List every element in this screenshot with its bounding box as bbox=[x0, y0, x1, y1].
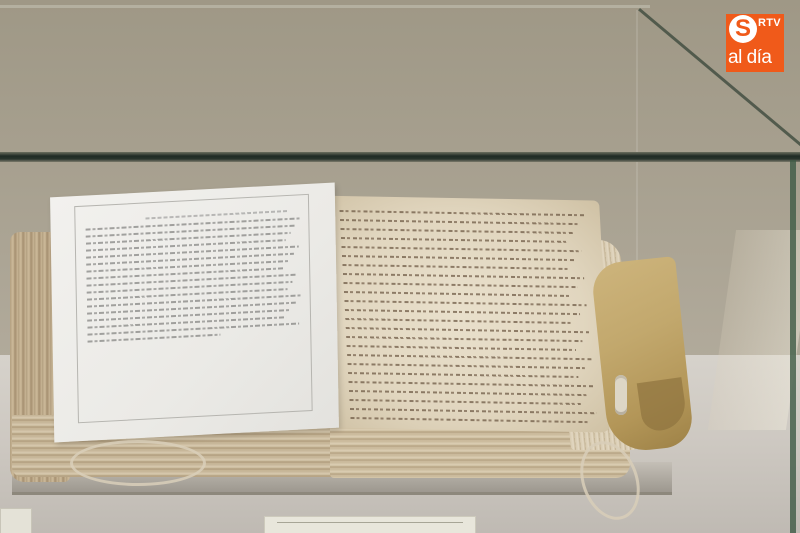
handwritten-line bbox=[343, 273, 584, 279]
handwritten-line bbox=[340, 219, 579, 225]
handwritten-line bbox=[350, 417, 589, 423]
printed-text-line bbox=[86, 217, 301, 230]
handwritten-line bbox=[349, 399, 580, 405]
handwritten-line bbox=[349, 390, 587, 396]
glass-case-rim bbox=[0, 152, 800, 162]
salamanca-rtv-logo: S RTV al día bbox=[726, 14, 784, 72]
exhibit-label-left bbox=[0, 508, 32, 533]
logo-s-icon: S bbox=[729, 15, 757, 43]
handwritten-line bbox=[341, 246, 581, 252]
handwritten-line bbox=[344, 291, 571, 297]
exhibit-label-center bbox=[264, 516, 476, 533]
sheet-title bbox=[145, 210, 288, 219]
printed-text-line bbox=[88, 334, 221, 343]
handwritten-line bbox=[345, 318, 573, 324]
glass-case-top-edge bbox=[0, 5, 650, 8]
handwritten-line bbox=[342, 255, 575, 261]
printed-transcription-sheet bbox=[50, 182, 339, 442]
binding-cord bbox=[70, 440, 206, 486]
label-text-line bbox=[277, 522, 463, 523]
handwritten-line bbox=[348, 363, 585, 369]
handwritten-line bbox=[340, 210, 586, 216]
handwritten-line bbox=[350, 408, 596, 414]
handwritten-line bbox=[347, 354, 591, 360]
handwritten-line bbox=[344, 300, 586, 306]
handwritten-line bbox=[345, 309, 580, 315]
handwritten-line bbox=[348, 381, 593, 387]
handwritten-line bbox=[348, 372, 578, 378]
manuscript-handwriting bbox=[309, 209, 610, 423]
handwritten-line bbox=[343, 282, 577, 288]
sheet-text bbox=[76, 217, 311, 343]
sheet-border bbox=[74, 194, 312, 423]
handwritten-line bbox=[346, 336, 582, 342]
logo-rtv-text: RTV bbox=[758, 17, 781, 29]
handwritten-line bbox=[346, 327, 589, 333]
handwritten-line bbox=[340, 228, 572, 234]
glass-case-right-edge bbox=[790, 160, 796, 533]
logo-aldia-text: al día bbox=[728, 48, 771, 68]
manuscript-page bbox=[309, 195, 611, 432]
wooden-toggle-clasp bbox=[615, 375, 627, 415]
handwritten-line bbox=[341, 237, 566, 243]
handwritten-line bbox=[342, 264, 568, 270]
handwritten-line bbox=[347, 345, 576, 351]
